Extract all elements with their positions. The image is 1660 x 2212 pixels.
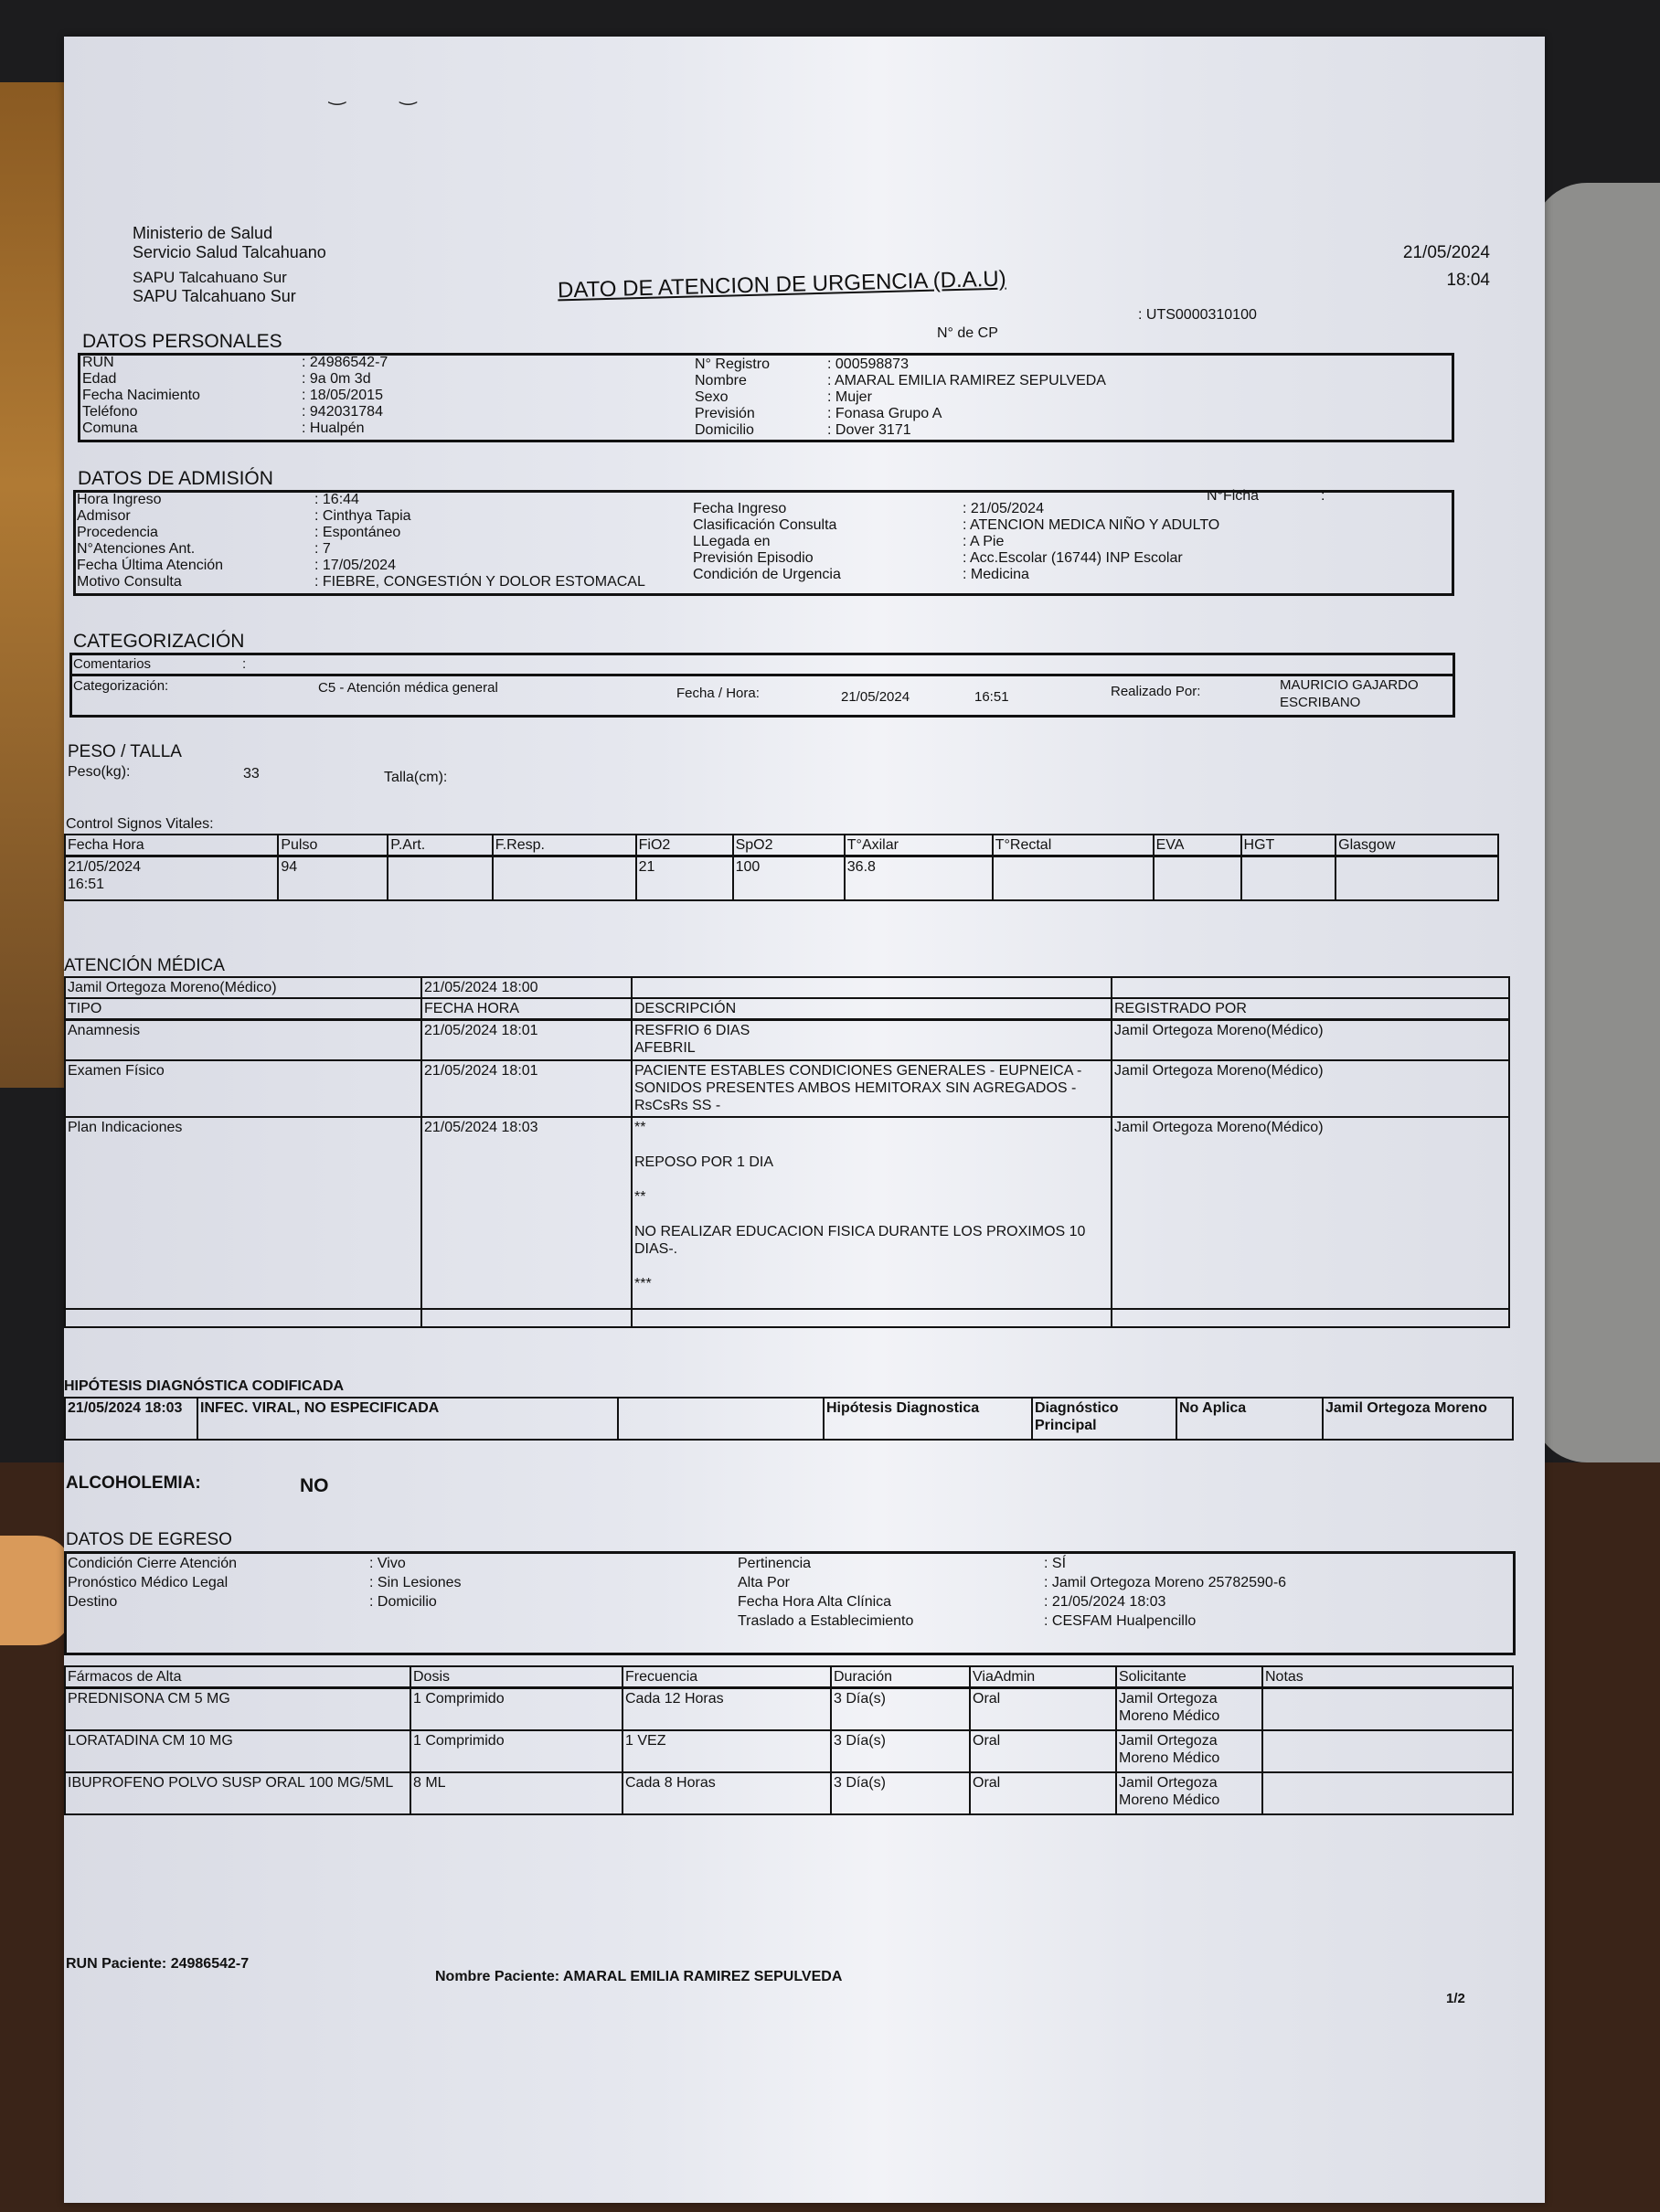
- signos-vitales-table: Fecha HoraPulsoP.Art.F.Resp.FiO2SpO2T°Ax…: [64, 834, 1499, 901]
- farmaco-cell: Oral: [970, 1772, 1116, 1814]
- section-title-datos-personales: DATOS PERSONALES: [82, 331, 282, 353]
- field-alta-por: Alta Por: Jamil Ortegoza Moreno 25782590…: [738, 1573, 1286, 1592]
- vital-header: T°Rectal: [993, 835, 1154, 856]
- org-line: SAPU Talcahuano Sur: [133, 268, 326, 287]
- farmaco-header: Duración: [831, 1666, 970, 1688]
- datos-admision-right: Fecha Ingreso: 21/05/2024 Clasificación …: [693, 501, 1219, 583]
- table-header-row: Fecha HoraPulsoP.Art.F.Resp.FiO2SpO2T°Ax…: [65, 835, 1498, 856]
- medico-fecha: 21/05/2024 18:00: [421, 977, 632, 998]
- categorizacion-fecha-label: Fecha / Hora:: [676, 686, 760, 701]
- farmaco-header: Solicitante: [1116, 1666, 1262, 1688]
- farmaco-cell: Jamil Ortegoza Moreno Médico: [1116, 1772, 1262, 1814]
- farmaco-cell: PREDNISONA CM 5 MG: [65, 1688, 410, 1730]
- vital-cell: [1154, 856, 1241, 900]
- field-comuna: Comuna: Hualpén: [82, 420, 388, 437]
- vital-header: F.Resp.: [493, 835, 636, 856]
- farmaco-cell: IBUPROFENO POLVO SUSP ORAL 100 MG/5ML: [65, 1772, 410, 1814]
- realizado-por-label: Realizado Por:: [1111, 684, 1200, 699]
- section-title-datos-egreso: DATOS DE EGRESO: [66, 1530, 232, 1550]
- print-datetime: 21/05/2024 18:04: [1403, 239, 1490, 294]
- farmaco-cell: 1 VEZ: [622, 1730, 831, 1772]
- farmaco-header: Notas: [1262, 1666, 1513, 1688]
- section-title-hipotesis: HIPÓTESIS DIAGNÓSTICA CODIFICADA: [64, 1378, 344, 1395]
- print-time: 18:04: [1403, 267, 1490, 294]
- section-title-datos-admision: DATOS DE ADMISIÓN: [78, 468, 273, 490]
- field-motivo-consulta: Motivo Consulta: FIEBRE, CONGESTIÓN Y DO…: [77, 574, 645, 590]
- vital-cell: 21/05/2024 16:51: [65, 856, 278, 900]
- farmaco-cell: LORATADINA CM 10 MG: [65, 1730, 410, 1772]
- field-fecha-alta: Fecha Hora Alta Clínica: 21/05/2024 18:0…: [738, 1592, 1286, 1611]
- farmaco-cell: 3 Día(s): [831, 1730, 970, 1772]
- field-atenciones-ant: N°Atenciones Ant.: 7: [77, 541, 645, 558]
- vital-header: Pulso: [278, 835, 388, 856]
- vital-cell: [1241, 856, 1336, 900]
- vital-header: FiO2: [636, 835, 733, 856]
- field-traslado: Traslado a Establecimiento: CESFAM Hualp…: [738, 1611, 1286, 1631]
- field-pronostico: Pronóstico Médico Legal: Sin Lesiones: [68, 1573, 462, 1592]
- farmaco-header: Dosis: [410, 1666, 622, 1688]
- field-registro: N° Registro: 000598873: [695, 356, 1106, 373]
- farmaco-cell: [1262, 1688, 1513, 1730]
- farmaco-cell: Cada 12 Horas: [622, 1688, 831, 1730]
- field-run: RUN: 24986542-7: [82, 355, 388, 371]
- vital-cell: [993, 856, 1154, 900]
- punch-holes: ‿‿: [329, 82, 471, 106]
- field-prevision: Previsión: Fonasa Grupo A: [695, 406, 1106, 422]
- datos-personales-right: N° Registro: 000598873 Nombre: AMARAL EM…: [695, 356, 1106, 439]
- alcoholemia-label: ALCOHOLEMIA:: [66, 1473, 201, 1494]
- field-fecha-nacimiento: Fecha Nacimiento: 18/05/2015: [82, 388, 388, 404]
- farmaco-cell: [1262, 1772, 1513, 1814]
- realizado-por-value: MAURICIO GAJARDO ESCRIBANO: [1280, 676, 1419, 711]
- categorizacion-box: [69, 674, 1455, 718]
- vital-cell: 94: [278, 856, 388, 900]
- datos-egreso-right: Pertinencia: SÍ Alta Por: Jamil Ortegoza…: [738, 1554, 1286, 1631]
- vital-cell: 36.8: [845, 856, 993, 900]
- vital-cell: [388, 856, 492, 900]
- page-number: 1/2: [1446, 1991, 1465, 2006]
- field-condicion-cierre: Condición Cierre Atención: Vivo: [68, 1554, 462, 1573]
- field-hora-ingreso: Hora Ingreso: 16:44: [77, 492, 645, 508]
- section-title-atencion-medica: ATENCIÓN MÉDICA: [64, 956, 225, 976]
- farmaco-cell: 1 Comprimido: [410, 1688, 622, 1730]
- table-row: Examen Físico 21/05/2024 18:01 PACIENTE …: [65, 1060, 1509, 1117]
- farmaco-cell: 1 Comprimido: [410, 1730, 622, 1772]
- farmaco-header: Frecuencia: [622, 1666, 831, 1688]
- table-row: LORATADINA CM 10 MG1 Comprimido1 VEZ3 Dí…: [65, 1730, 1513, 1772]
- header-tipo: TIPO: [65, 998, 421, 1020]
- farmaco-cell: Oral: [970, 1730, 1116, 1772]
- categorizacion-fecha: 21/05/2024: [841, 689, 910, 705]
- cp-label: N° de CP: [937, 325, 998, 342]
- field-clasificacion-consulta: Clasificación Consulta: ATENCION MEDICA …: [693, 517, 1219, 534]
- comentarios-row: Comentarios:: [73, 656, 246, 673]
- background-object: [0, 1536, 73, 1645]
- field-pertinencia: Pertinencia: SÍ: [738, 1554, 1286, 1573]
- table-row: 21/05/2024 16:51942110036.8: [65, 856, 1498, 900]
- vital-cell: [1335, 856, 1498, 900]
- org-line: Servicio Salud Talcahuano: [133, 243, 326, 262]
- table-row: 21/05/2024 18:03 INFEC. VIRAL, NO ESPECI…: [65, 1398, 1513, 1440]
- vital-cell: 100: [733, 856, 845, 900]
- talla-label: Talla(cm):: [384, 770, 447, 786]
- farmaco-cell: Jamil Ortegoza Moreno Médico: [1116, 1688, 1262, 1730]
- header-fecha-hora: FECHA HORA: [421, 998, 632, 1020]
- table-row: IBUPROFENO POLVO SUSP ORAL 100 MG/5ML8 M…: [65, 1772, 1513, 1814]
- document-title: DATO DE ATENCION DE URGENCIA (D.A.U): [558, 267, 1006, 304]
- table-row: Plan Indicaciones 21/05/2024 18:03 ** RE…: [65, 1117, 1509, 1309]
- ficha-label: N°Ficha: [1207, 488, 1259, 505]
- header-descripcion: DESCRIPCIÓN: [632, 998, 1112, 1020]
- table-row-empty: [65, 1309, 1509, 1327]
- vital-header: EVA: [1154, 835, 1241, 856]
- field-admisor: Admisor: Cinthya Tapia: [77, 508, 645, 525]
- peso-label: Peso(kg):: [68, 764, 130, 781]
- alcoholemia-value: NO: [300, 1475, 329, 1497]
- vital-cell: 21: [636, 856, 733, 900]
- table-header-row: TIPO FECHA HORA DESCRIPCIÓN REGISTRADO P…: [65, 998, 1509, 1020]
- table-header-row: Fármacos de AltaDosisFrecuenciaDuraciónV…: [65, 1666, 1513, 1688]
- section-title-categorizacion: CATEGORIZACIÓN: [73, 631, 244, 653]
- field-prevision-episodio: Previsión Episodio: Acc.Escolar (16744) …: [693, 550, 1219, 567]
- dau-document: ‿‿ Ministerio de Salud Servicio Salud Ta…: [64, 37, 1545, 2203]
- farmaco-cell: 3 Día(s): [831, 1688, 970, 1730]
- farmaco-cell: Cada 8 Horas: [622, 1772, 831, 1814]
- table-row: Anamnesis 21/05/2024 18:01 RESFRIO 6 DIA…: [65, 1020, 1509, 1060]
- datos-admision-left: Hora Ingreso: 16:44 Admisor: Cinthya Tap…: [77, 492, 645, 590]
- vital-header: SpO2: [733, 835, 845, 856]
- vital-header: HGT: [1241, 835, 1336, 856]
- field-domicilio: Domicilio: Dover 3171: [695, 422, 1106, 439]
- field-sexo: Sexo: Mujer: [695, 389, 1106, 406]
- farmaco-cell: 3 Día(s): [831, 1772, 970, 1814]
- section-title-peso-talla: PESO / TALLA: [68, 742, 182, 762]
- farmaco-header: ViaAdmin: [970, 1666, 1116, 1688]
- vital-header: T°Axilar: [845, 835, 993, 856]
- datos-egreso-left: Condición Cierre Atención: Vivo Pronósti…: [68, 1554, 462, 1611]
- footer-run-paciente: RUN Paciente: 24986542-7: [66, 1956, 249, 1973]
- field-fecha-ultima-atencion: Fecha Última Atención: 17/05/2024: [77, 558, 645, 574]
- medico-row: Jamil Ortegoza Moreno(Médico)21/05/2024 …: [65, 977, 1509, 998]
- org-line: Ministerio de Salud: [133, 224, 326, 243]
- peso-value: 33: [243, 766, 260, 782]
- categorizacion-hora: 16:51: [974, 689, 1009, 705]
- farmaco-cell: Oral: [970, 1688, 1116, 1730]
- field-llegada: LLegada en: A Pie: [693, 534, 1219, 550]
- field-condicion-urgencia: Condición de Urgencia: Medicina: [693, 567, 1219, 583]
- footer-nombre-paciente: Nombre Paciente: AMARAL EMILIA RAMIREZ S…: [435, 1969, 842, 1985]
- vital-header: Glasgow: [1335, 835, 1498, 856]
- farmaco-cell: [1262, 1730, 1513, 1772]
- header-registrado-por: REGISTRADO POR: [1112, 998, 1509, 1020]
- cp-value: : UTS0000310100: [1138, 307, 1257, 324]
- print-date: 21/05/2024: [1403, 239, 1490, 267]
- field-edad: Edad: 9a 0m 3d: [82, 371, 388, 388]
- medico-name: Jamil Ortegoza Moreno(Médico): [65, 977, 421, 998]
- field-procedencia: Procedencia: Espontáneo: [77, 525, 645, 541]
- farmaco-header: Fármacos de Alta: [65, 1666, 410, 1688]
- org-line: SAPU Talcahuano Sur: [133, 287, 326, 306]
- categorizacion-label: Categorización:: [73, 678, 168, 694]
- field-fecha-ingreso: Fecha Ingreso: 21/05/2024: [693, 501, 1219, 517]
- institution-header: Ministerio de Salud Servicio Salud Talca…: [133, 224, 326, 306]
- field-destino: Destino: Domicilio: [68, 1592, 462, 1611]
- categorizacion-value: C5 - Atención médica general: [318, 680, 498, 696]
- atencion-medica-table: Jamil Ortegoza Moreno(Médico)21/05/2024 …: [64, 976, 1510, 1328]
- vital-header: Fecha Hora: [65, 835, 278, 856]
- ficha-value: :: [1321, 488, 1325, 505]
- farmaco-cell: 8 ML: [410, 1772, 622, 1814]
- table-row: PREDNISONA CM 5 MG1 ComprimidoCada 12 Ho…: [65, 1688, 1513, 1730]
- farmaco-cell: Jamil Ortegoza Moreno Médico: [1116, 1730, 1262, 1772]
- signos-vitales-title: Control Signos Vitales:: [66, 816, 214, 833]
- vital-header: P.Art.: [388, 835, 492, 856]
- field-telefono: Teléfono: 942031784: [82, 404, 388, 420]
- farmacos-table: Fármacos de AltaDosisFrecuenciaDuraciónV…: [64, 1665, 1514, 1815]
- vital-cell: [493, 856, 636, 900]
- datos-personales-left: RUN: 24986542-7 Edad: 9a 0m 3d Fecha Nac…: [82, 355, 388, 437]
- background-plate: [1532, 183, 1660, 1462]
- hipotesis-table: 21/05/2024 18:03 INFEC. VIRAL, NO ESPECI…: [64, 1397, 1514, 1441]
- field-nombre: Nombre: AMARAL EMILIA RAMIREZ SEPULVEDA: [695, 373, 1106, 389]
